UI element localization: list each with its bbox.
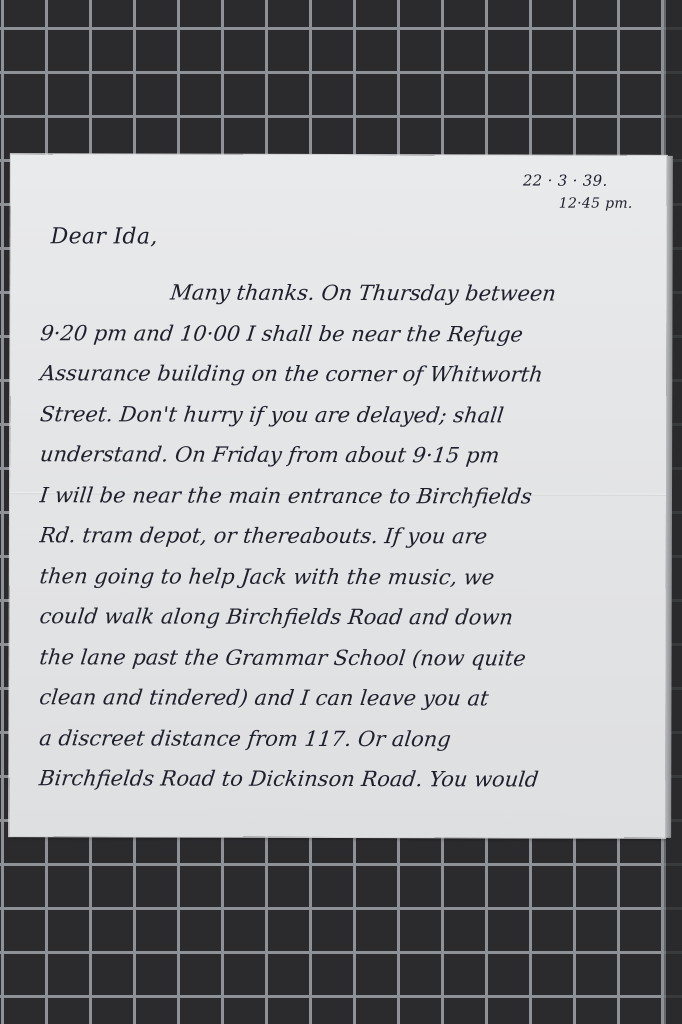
letter-line: I will be near the main entrance to Birc… [38,475,662,517]
letter-line: then going to help Jack with the music, … [38,556,662,598]
letter-date: 22 · 3 · 39. [523,171,608,189]
letter-line: Birchfields Road to Dickinson Road. You … [37,758,661,800]
letter-body: Many thanks. On Thursday between 9·20 pm… [39,272,660,800]
letter-line: Rd. tram depot, or thereabouts. If you a… [38,515,662,557]
letter-line: Street. Don't hurry if you are delayed; … [38,394,662,436]
letter-time: 12·45 pm. [559,196,633,212]
letter-line: Many thanks. On Thursday between [38,272,662,314]
letter-salutation: Dear Ida, [51,224,158,249]
letter-page: 22 · 3 · 39. 12·45 pm. Dear Ida, Many th… [9,154,667,838]
letter-line: a discreet distance from 117. Or along [37,718,661,760]
letter-line: the lane past the Grammar School (now qu… [37,637,661,679]
letter-line: 9·20 pm and 10·00 I shall be near the Re… [38,313,662,355]
letter-line: could walk along Birchfields Road and do… [38,596,662,638]
letter-line: clean and tindered) and I can leave you … [37,677,661,719]
letter-line: understand. On Friday from about 9·15 pm [38,434,662,476]
letter-line: Assurance building on the corner of Whit… [38,353,662,395]
